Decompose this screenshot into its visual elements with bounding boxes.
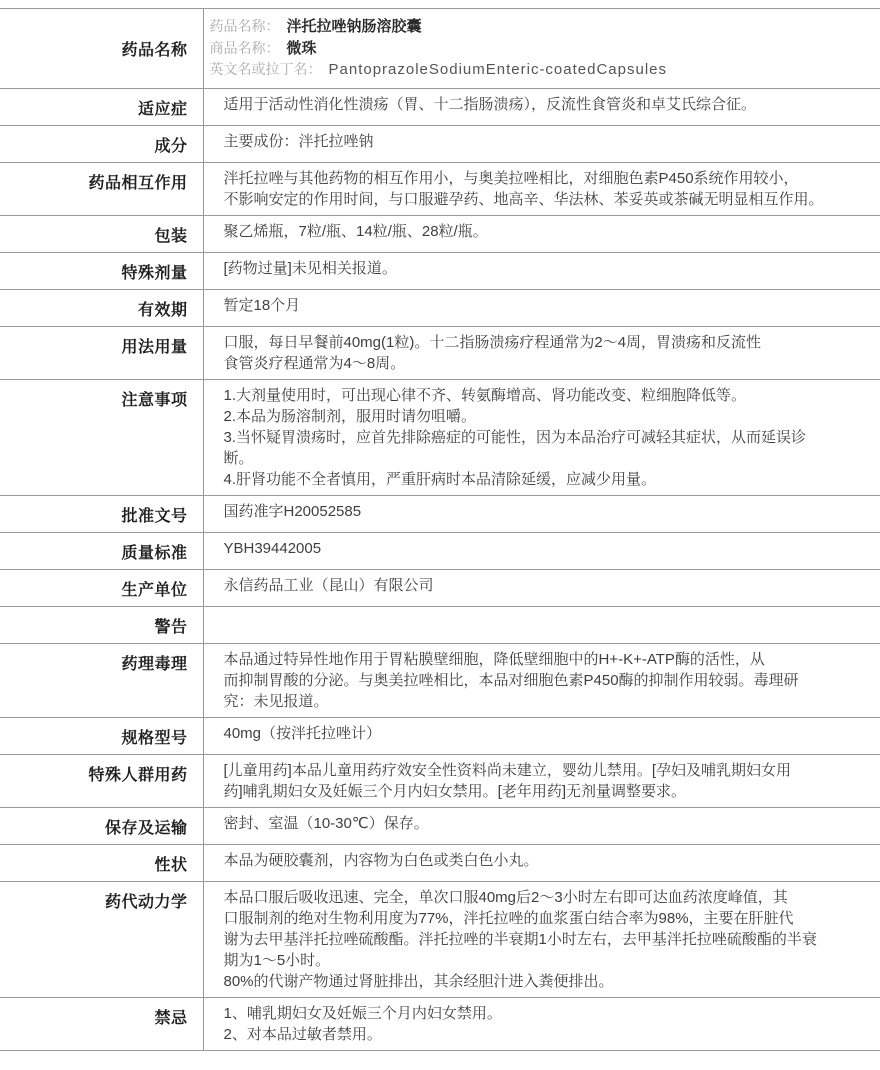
table-row: 药理毒理 本品通过特异性地作用于胃粘膜壁细胞，降低壁细胞中的H+-K+-ATP酶… (0, 643, 880, 717)
field-value: 微珠 (287, 40, 317, 57)
drug-info-table: 药品名称 药品名称：泮托拉唑钠肠溶胶囊 商品名称：微珠 英文名或拉丁名：Pant… (0, 8, 880, 1051)
row-content: [儿童用药]本品儿童用药疗效安全性资料尚未建立，婴幼儿禁用。[孕妇及哺乳期妇女用… (224, 760, 851, 802)
row-content: 本品为硬胶囊剂，内容物为白色或类白色小丸。 (224, 850, 851, 871)
row-content-cell: 1、哺乳期妇女及妊娠三个月内妇女禁用。 2、对本品过敏者禁用。 (203, 997, 880, 1050)
row-content: 本品口服后吸收迅速、完全，单次口服40mg后2～3小时左右即可达血药浓度峰值，其… (224, 887, 851, 992)
row-label: 适应症 (0, 88, 203, 125)
row-content-cell: YBH39442005 (203, 532, 880, 569)
row-label: 警告 (0, 606, 203, 643)
row-content: 密封、室温（10-30℃）保存。 (224, 813, 851, 834)
row-label: 药代动力学 (0, 881, 203, 997)
row-content: 泮托拉唑与其他药物的相互作用小，与奥美拉唑相比，对细胞色素P450系统作用较小，… (224, 168, 851, 210)
table-row: 批准文号 国药准字H20052585 (0, 495, 880, 532)
field-value: PantoprazoleSodiumEnteric-coatedCapsules (329, 61, 668, 78)
row-label: 禁忌 (0, 997, 203, 1050)
table-row: 保存及运输 密封、室温（10-30℃）保存。 (0, 807, 880, 844)
row-label: 药理毒理 (0, 643, 203, 717)
row-label: 用法用量 (0, 326, 203, 379)
table-row: 特殊人群用药 [儿童用药]本品儿童用药疗效安全性资料尚未建立，婴幼儿禁用。[孕妇… (0, 754, 880, 807)
row-label: 特殊人群用药 (0, 754, 203, 807)
row-content-cell: [儿童用药]本品儿童用药疗效安全性资料尚未建立，婴幼儿禁用。[孕妇及哺乳期妇女用… (203, 754, 880, 807)
row-content-cell: 国药准字H20052585 (203, 495, 880, 532)
table-row: 警告 (0, 606, 880, 643)
row-content: 聚乙烯瓶，7粒/瓶、14粒/瓶、28粒/瓶。 (224, 221, 851, 242)
table-row: 注意事项 1.大剂量使用时，可出现心律不齐、转氨酶增高、肾功能改变、粒细胞降低等… (0, 379, 880, 495)
row-content-cell: 本品为硬胶囊剂，内容物为白色或类白色小丸。 (203, 844, 880, 881)
row-content-cell: 主要成份：泮托拉唑钠 (203, 125, 880, 162)
table-row: 禁忌 1、哺乳期妇女及妊娠三个月内妇女禁用。 2、对本品过敏者禁用。 (0, 997, 880, 1050)
row-content: 适用于活动性消化性溃疡（胃、十二指肠溃疡），反流性食管炎和卓艾氏综合征。 (224, 94, 851, 115)
row-content-cell: 本品通过特异性地作用于胃粘膜壁细胞，降低壁细胞中的H+-K+-ATP酶的活性，从… (203, 643, 880, 717)
row-label: 药品名称 (0, 9, 203, 89)
row-content-cell: 聚乙烯瓶，7粒/瓶、14粒/瓶、28粒/瓶。 (203, 215, 880, 252)
row-content: 1、哺乳期妇女及妊娠三个月内妇女禁用。 2、对本品过敏者禁用。 (224, 1003, 851, 1045)
table-row: 特殊剂量 [药物过量]未见相关报道。 (0, 252, 880, 289)
row-label: 有效期 (0, 289, 203, 326)
row-content-cell: 暂定18个月 (203, 289, 880, 326)
row-label: 成分 (0, 125, 203, 162)
row-label: 注意事项 (0, 379, 203, 495)
row-label: 生产单位 (0, 569, 203, 606)
drug-info-table-body: 药品名称 药品名称：泮托拉唑钠肠溶胶囊 商品名称：微珠 英文名或拉丁名：Pant… (0, 9, 880, 1051)
row-content: 40mg（按泮托拉唑计） (224, 723, 851, 744)
row-content-cell: 密封、室温（10-30℃）保存。 (203, 807, 880, 844)
table-row: 药品名称 药品名称：泮托拉唑钠肠溶胶囊 商品名称：微珠 英文名或拉丁名：Pant… (0, 9, 880, 89)
row-content-cell: 泮托拉唑与其他药物的相互作用小，与奥美拉唑相比，对细胞色素P450系统作用较小，… (203, 162, 880, 215)
table-row: 成分 主要成份：泮托拉唑钠 (0, 125, 880, 162)
row-content-cell: 1.大剂量使用时，可出现心律不齐、转氨酶增高、肾功能改变、粒细胞降低等。 2.本… (203, 379, 880, 495)
row-content: 本品通过特异性地作用于胃粘膜壁细胞，降低壁细胞中的H+-K+-ATP酶的活性，从… (224, 649, 851, 712)
table-row: 用法用量 口服，每日早餐前40mg(1粒)。十二指肠溃疡疗程通常为2～4周，胃溃… (0, 326, 880, 379)
drug-name-field: 英文名或拉丁名：PantoprazoleSodiumEnteric-coated… (210, 59, 851, 81)
row-content-cell: 适用于活动性消化性溃疡（胃、十二指肠溃疡），反流性食管炎和卓艾氏综合征。 (203, 88, 880, 125)
table-row: 规格型号 40mg（按泮托拉唑计） (0, 717, 880, 754)
table-row: 包装 聚乙烯瓶，7粒/瓶、14粒/瓶、28粒/瓶。 (0, 215, 880, 252)
field-label: 药品名称： (210, 18, 280, 34)
row-content-cell: 本品口服后吸收迅速、完全，单次口服40mg后2～3小时左右即可达血药浓度峰值，其… (203, 881, 880, 997)
row-content: [药物过量]未见相关报道。 (224, 258, 851, 279)
row-label: 批准文号 (0, 495, 203, 532)
row-content-cell: 40mg（按泮托拉唑计） (203, 717, 880, 754)
row-content-cell: [药物过量]未见相关报道。 (203, 252, 880, 289)
drug-name-field: 商品名称：微珠 (210, 38, 851, 60)
drug-name-field: 药品名称：泮托拉唑钠肠溶胶囊 (210, 16, 851, 38)
drug-info-page: 药品名称 药品名称：泮托拉唑钠肠溶胶囊 商品名称：微珠 英文名或拉丁名：Pant… (0, 0, 880, 1051)
row-content: 口服，每日早餐前40mg(1粒)。十二指肠溃疡疗程通常为2～4周，胃溃疡和反流性… (224, 332, 851, 374)
row-label: 药品相互作用 (0, 162, 203, 215)
row-content: 主要成份：泮托拉唑钠 (224, 131, 851, 152)
table-row: 药代动力学 本品口服后吸收迅速、完全，单次口服40mg后2～3小时左右即可达血药… (0, 881, 880, 997)
row-content: 永信药品工业（昆山）有限公司 (224, 575, 851, 596)
row-content: 国药准字H20052585 (224, 501, 851, 522)
row-content: 药品名称：泮托拉唑钠肠溶胶囊 商品名称：微珠 英文名或拉丁名：Pantopraz… (210, 16, 851, 81)
field-label: 英文名或拉丁名： (210, 61, 322, 77)
table-row: 质量标准 YBH39442005 (0, 532, 880, 569)
row-content: YBH39442005 (224, 538, 851, 559)
row-content-cell: 药品名称：泮托拉唑钠肠溶胶囊 商品名称：微珠 英文名或拉丁名：Pantopraz… (203, 9, 880, 89)
table-row: 药品相互作用 泮托拉唑与其他药物的相互作用小，与奥美拉唑相比，对细胞色素P450… (0, 162, 880, 215)
row-content: 暂定18个月 (224, 295, 851, 316)
row-label: 保存及运输 (0, 807, 203, 844)
row-label: 性状 (0, 844, 203, 881)
field-label: 商品名称： (210, 40, 280, 56)
row-label: 包装 (0, 215, 203, 252)
row-label: 质量标准 (0, 532, 203, 569)
table-row: 有效期 暂定18个月 (0, 289, 880, 326)
row-content-cell: 口服，每日早餐前40mg(1粒)。十二指肠溃疡疗程通常为2～4周，胃溃疡和反流性… (203, 326, 880, 379)
table-row: 性状 本品为硬胶囊剂，内容物为白色或类白色小丸。 (0, 844, 880, 881)
table-row: 适应症 适用于活动性消化性溃疡（胃、十二指肠溃疡），反流性食管炎和卓艾氏综合征。 (0, 88, 880, 125)
row-content-cell: 永信药品工业（昆山）有限公司 (203, 569, 880, 606)
field-value: 泮托拉唑钠肠溶胶囊 (287, 18, 422, 35)
table-row: 生产单位 永信药品工业（昆山）有限公司 (0, 569, 880, 606)
row-content-cell (203, 606, 880, 643)
row-content: 1.大剂量使用时，可出现心律不齐、转氨酶增高、肾功能改变、粒细胞降低等。 2.本… (224, 385, 851, 490)
row-label: 特殊剂量 (0, 252, 203, 289)
row-label: 规格型号 (0, 717, 203, 754)
row-content (224, 612, 851, 633)
